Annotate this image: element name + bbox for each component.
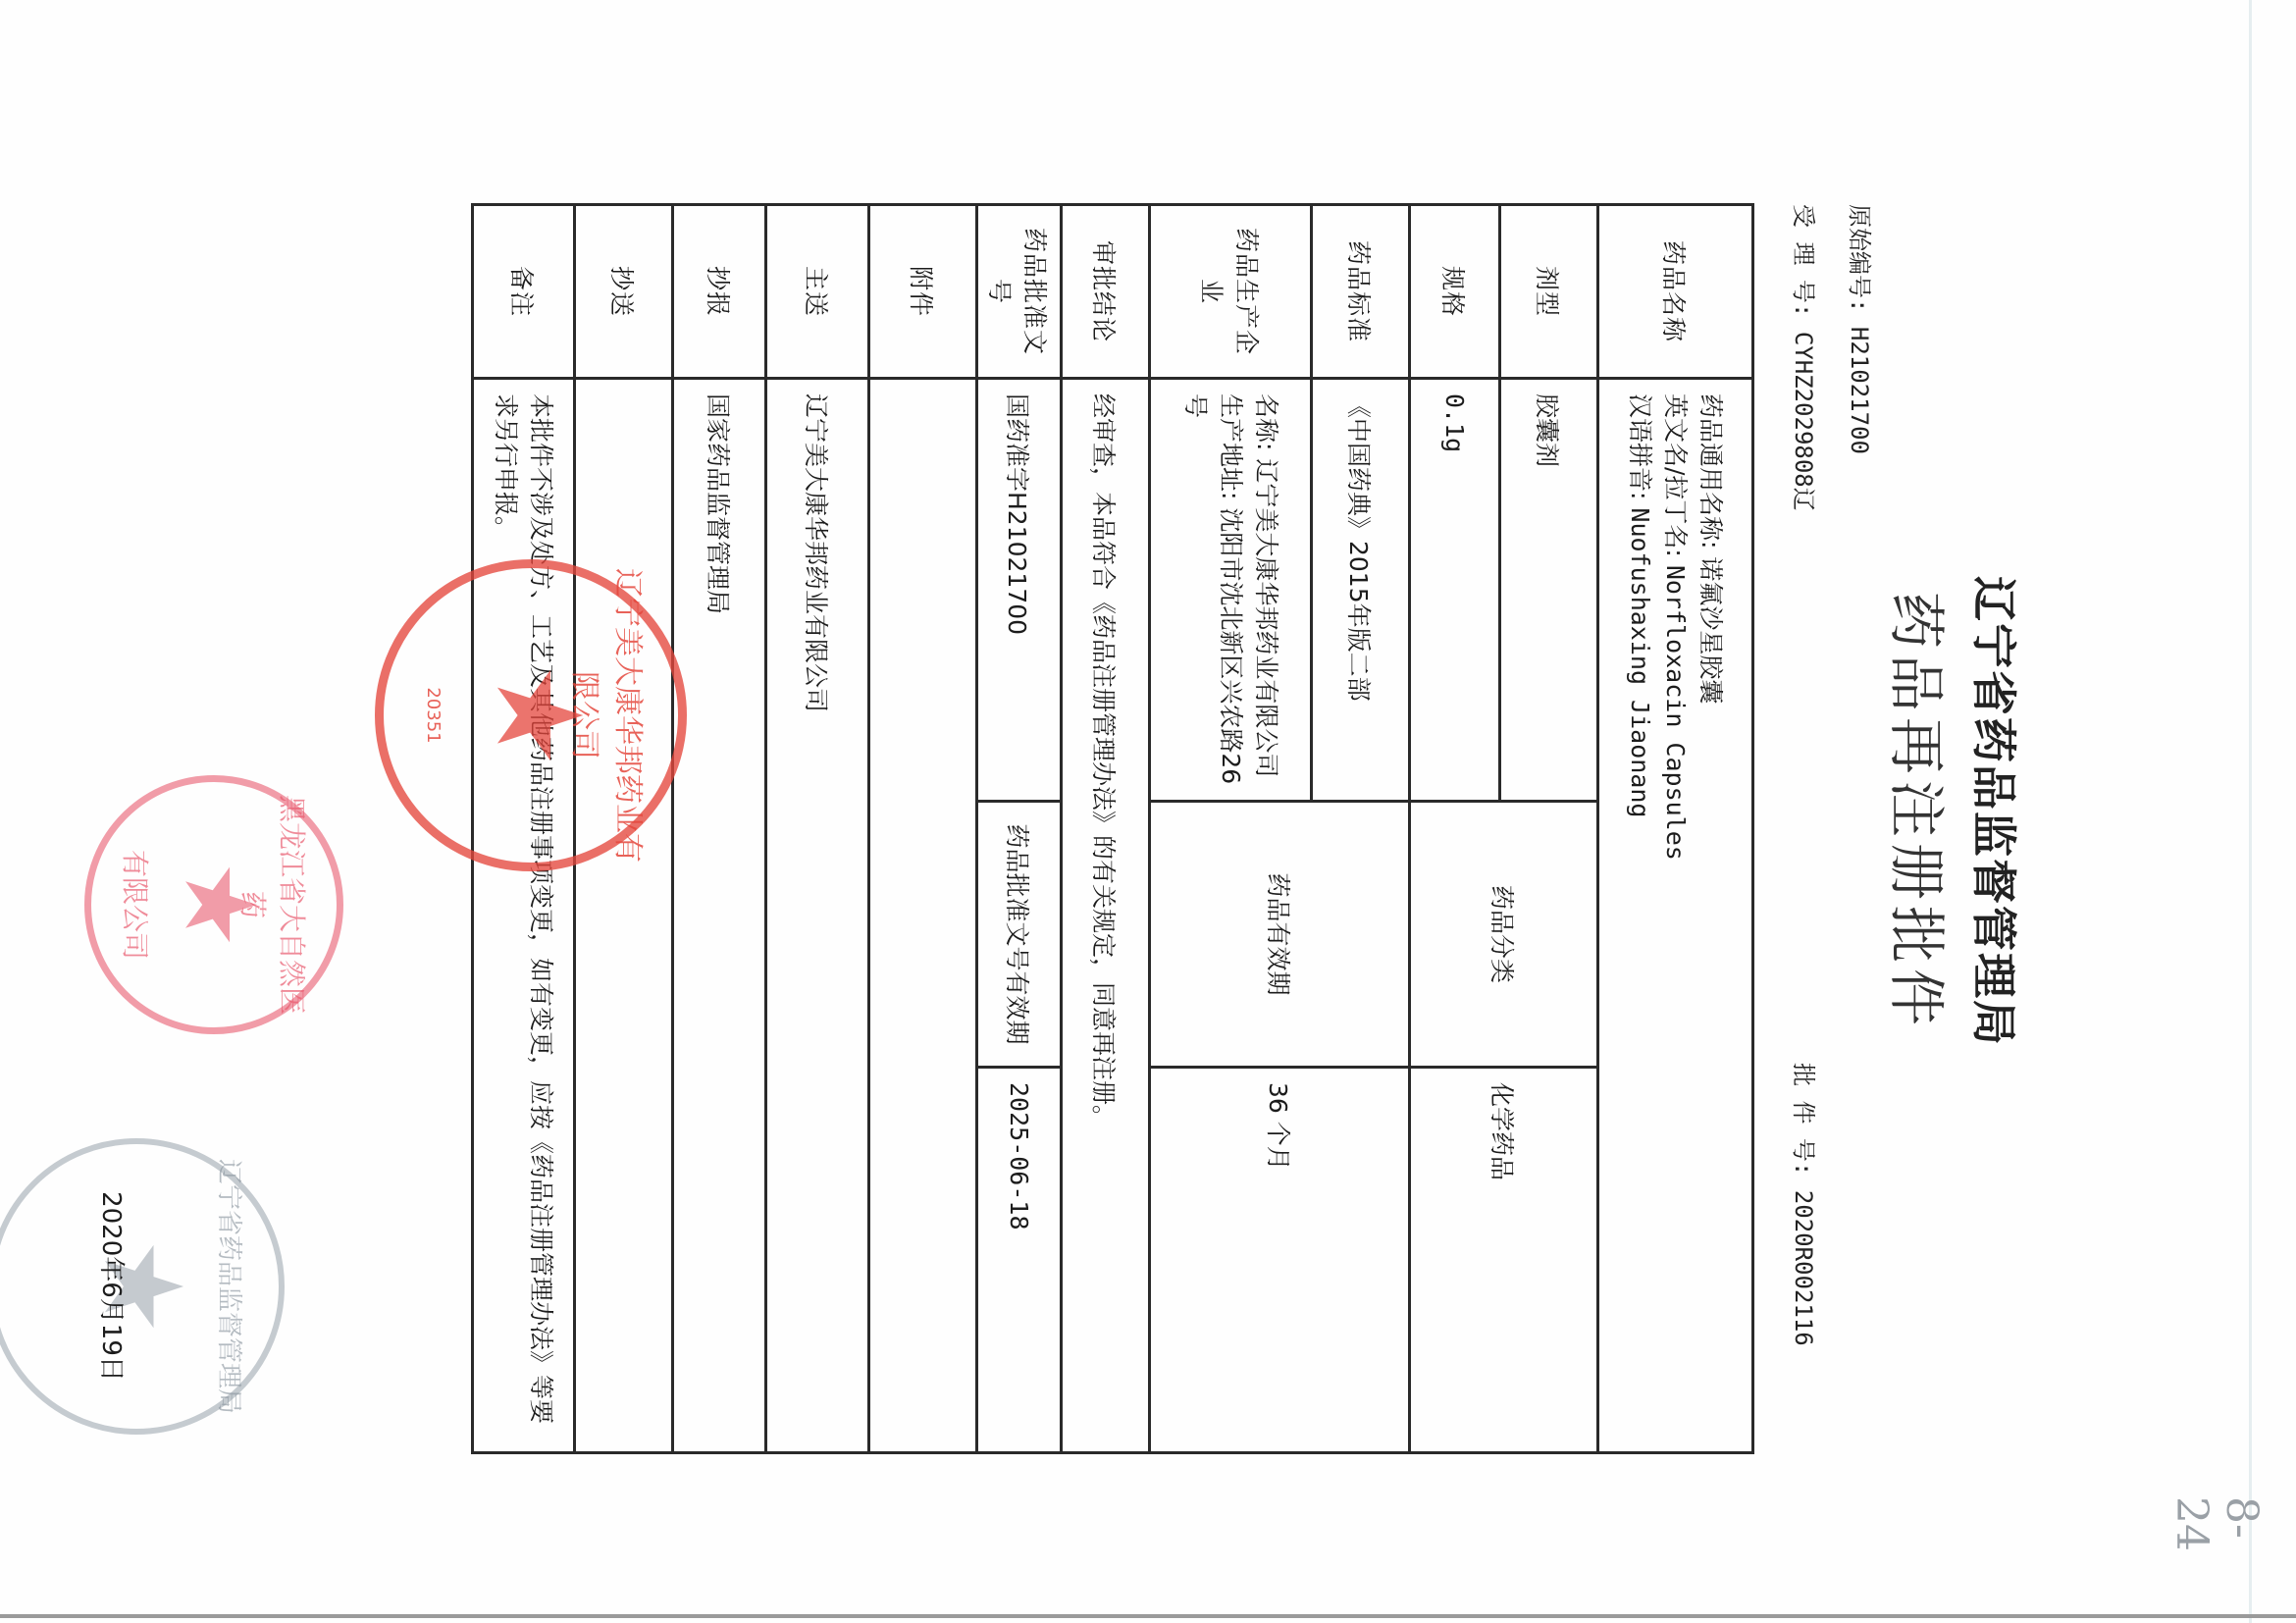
approval-form-table: 药品名称 药品通用名称: 诺氟沙星胶囊 英文名/拉丁名: Norfloxacin… [471,203,1754,1454]
star-icon: ★ [162,861,277,949]
label-attachment: 附件 [869,205,977,379]
label-category: 药品分类 [1410,802,1598,1068]
label-specification: 规格 [1410,205,1500,379]
row-copy-to: 抄送 [575,205,673,1453]
official-seal: 辽宁省药品监督管理局 ★ 2020年6月19日 [0,1138,285,1435]
original-number-label: 原始编号: [1846,204,1873,312]
document-title: 药品再注册批件 [1880,0,1962,1623]
label-report-to: 抄报 [673,205,766,379]
distributor-seal-text: 黑龙江省大自然医药 [235,782,313,1027]
scanned-document: 辽宁省药品监督管理局 药品再注册批件 原始编号: H21021700 受 理 号… [0,0,2296,1623]
label-drug-name: 药品名称 [1598,205,1753,379]
row-conclusion: 审批结论 经审查，本品符合《药品注册管理办法》的有关规定，同意再注册。 [1062,205,1150,1453]
official-seal-date: 2020年6月19日 [95,1144,131,1429]
dosage-form-value: 胶囊剂 [1500,379,1598,802]
company-seal-serial: 20351 [423,568,444,863]
specification-value: 0.1g [1410,379,1500,802]
approval-number-value: 2020R002116 [1790,1190,1817,1346]
manufacturer-name-label: 名称: [1252,393,1280,450]
star-icon: ★ [79,1238,205,1335]
approval-validity-value: 2025-06-18 [977,1068,1062,1453]
row-main-recipient: 主送 辽宁美大康华邦药业有限公司 [766,205,869,1453]
distributor-seal: 黑龙江省大自然医药 ★ 有限公司 [84,775,343,1034]
pinyin-label: 汉语拼音: [1627,393,1655,499]
manufacturer-address-label: 生产地址: [1217,393,1245,499]
label-shelf-life: 药品有效期 [1150,802,1410,1068]
pinyin: Nuofushaxing Jiaonang [1627,507,1655,817]
row-approval-doc: 药品批准文号 国药准字H21021700 药品批准文号有效期 2025-06-1… [977,205,1062,1453]
label-conclusion: 审批结论 [1062,205,1150,379]
row-drug-name: 药品名称 药品通用名称: 诺氟沙星胶囊 英文名/拉丁名: Norfloxacin… [1598,205,1753,1453]
generic-name: 诺氟沙星胶囊 [1697,556,1726,704]
official-seal-text: 辽宁省药品监督管理局 [213,1144,249,1429]
label-main-recipient: 主送 [766,205,869,379]
label-approval-doc: 药品批准文号 [977,205,1062,379]
manufacturer-cell: 名称: 辽宁美大康华邦药业有限公司 生产地址: 沈阳市沈北新区兴农路26号 [1150,379,1312,802]
label-remarks: 备注 [473,205,575,379]
conclusion-value: 经审查，本品符合《药品注册管理办法》的有关规定，同意再注册。 [1062,379,1150,1453]
row-standard: 药品标准 《中国药典》2015年版二部 药品有效期 36 个月 [1312,205,1410,1453]
original-number: 原始编号: H21021700 [1845,204,1879,454]
label-standard: 药品标准 [1312,205,1410,379]
approval-page: 辽宁省药品监督管理局 药品再注册批件 原始编号: H21021700 受 理 号… [0,0,2296,1623]
copy-to-value [575,379,673,1453]
english-name-label: 英文名/拉丁名: [1662,393,1691,557]
approval-doc-value: 国药准字H21021700 [977,379,1062,802]
english-name: Norfloxacin Capsules [1662,565,1691,861]
category-value: 化学药品 [1410,1068,1598,1453]
row-attachment: 附件 [869,205,977,1453]
label-manufacturer: 药品生产企业 [1150,205,1312,379]
manufacturer-name: 辽宁美大康华邦药业有限公司 [1252,458,1280,777]
approval-number: 批 件 号: 2020R002116 [1789,1063,1823,1346]
drug-name-cell: 药品通用名称: 诺氟沙星胶囊 英文名/拉丁名: Norfloxacin Caps… [1598,379,1753,1453]
standard-value: 《中国药典》2015年版二部 [1312,379,1410,802]
issuer-heading: 辽宁省药品监督管理局 [1964,0,2029,1623]
attachment-value [869,379,977,1453]
shelf-life-value: 36 个月 [1150,1068,1410,1453]
acceptance-number-value: CYHZ2029808辽 [1790,332,1817,511]
label-approval-validity: 药品批准文号有效期 [977,802,1062,1068]
main-recipient-value: 辽宁美大康华邦药业有限公司 [766,379,869,1453]
label-copy-to: 抄送 [575,205,673,379]
original-number-value: H21021700 [1846,327,1873,454]
acceptance-number: 受 理 号: CYHZ2029808辽 [1789,204,1823,511]
handwritten-note: 8-24 [2159,1496,2267,1555]
report-to-value: 国家药品监督管理局 [673,379,766,1453]
row-dosage-form: 剂型 胶囊剂 药品分类 化学药品 [1500,205,1598,1453]
remarks-value: 本批件不涉及处方、工艺及其他药品注册事项变更，如有变更，应按《药品注册管理办法》… [473,379,575,1453]
distributor-seal-bottom: 有限公司 [117,782,156,1027]
label-dosage-form: 剂型 [1500,205,1598,379]
row-report-to: 抄报 国家药品监督管理局 [673,205,766,1453]
generic-name-label: 药品通用名称: [1697,393,1726,549]
row-remarks: 备注 本批件不涉及处方、工艺及其他药品注册事项变更，如有变更，应按《药品注册管理… [473,205,575,1453]
acceptance-number-label: 受 理 号: [1790,204,1817,317]
approval-number-label: 批 件 号: [1790,1063,1817,1176]
